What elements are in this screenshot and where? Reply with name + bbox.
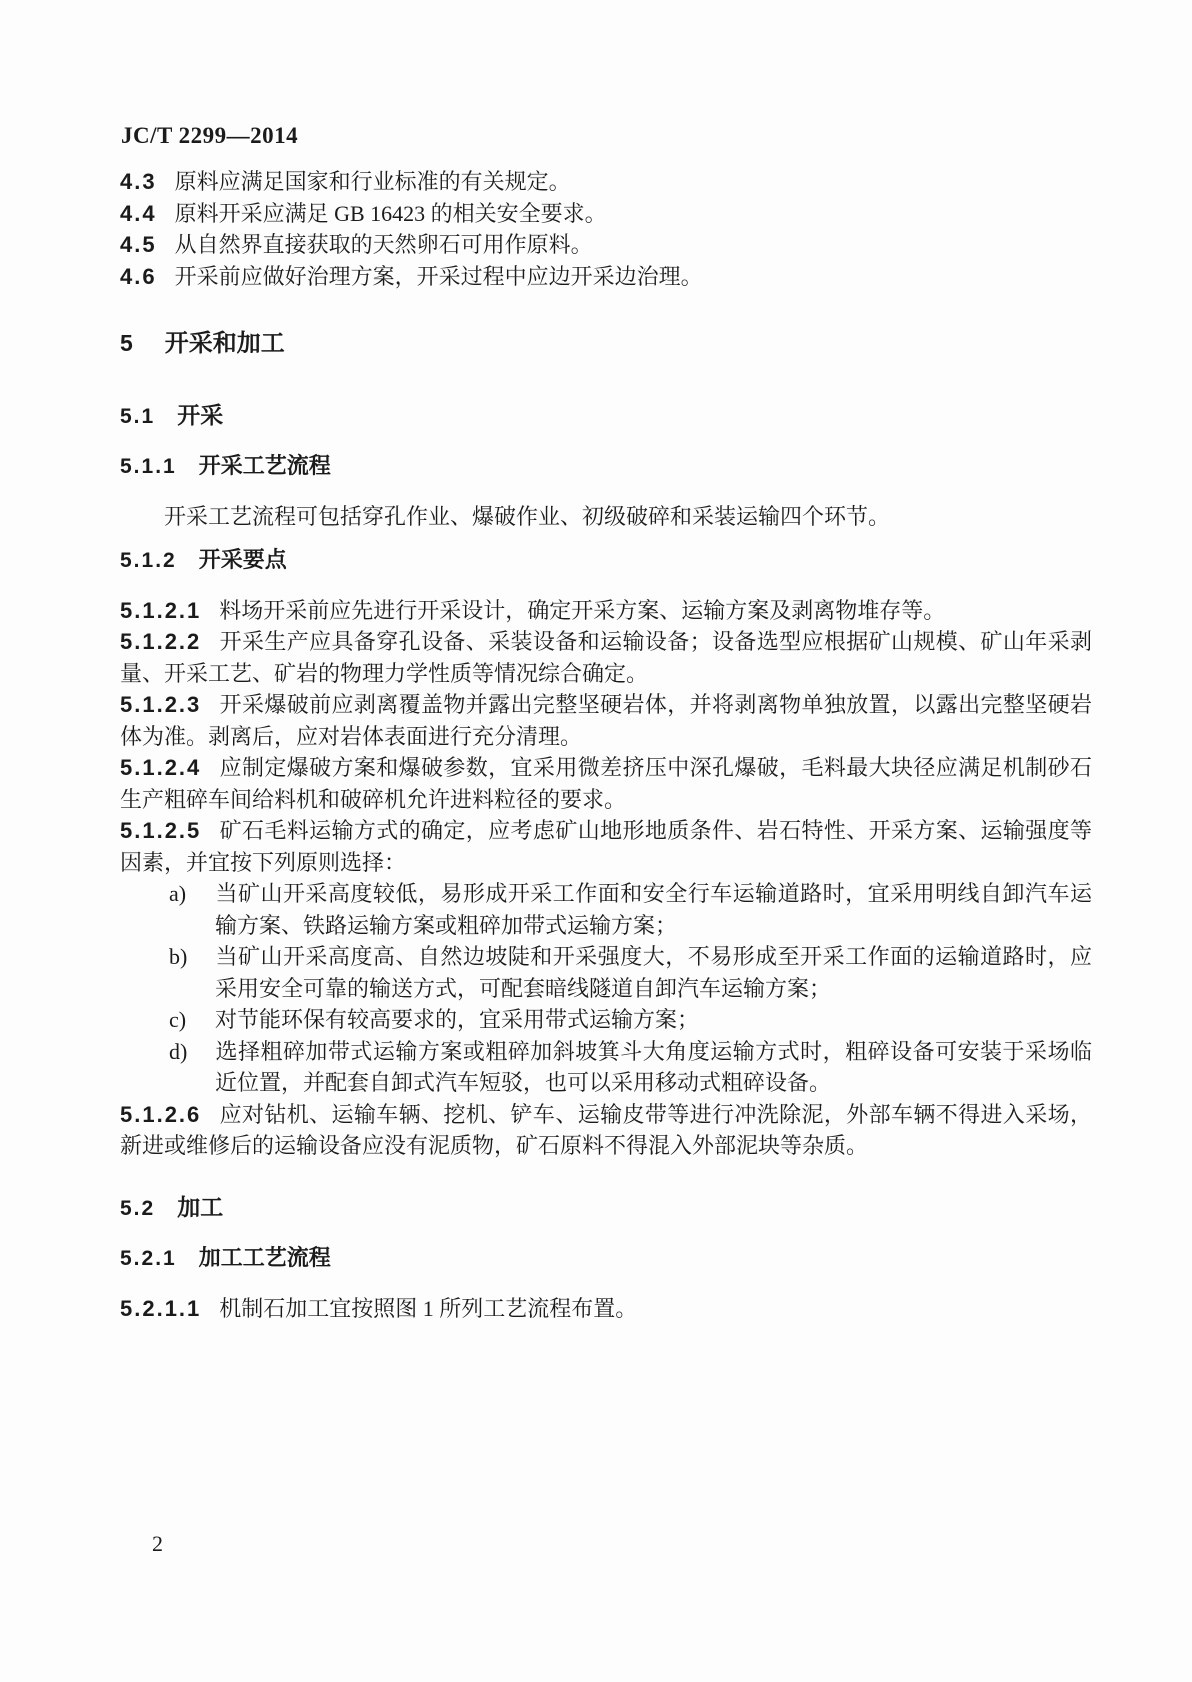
paragraph-7: 开采工艺流程可包括穿孔作业、爆破作业、初级破碎和采装运输四个环节。 xyxy=(120,501,1092,533)
clause-number: 4.6 xyxy=(120,264,157,289)
clause-5.1.2.3: 5.1.2.3开采爆破前应剥离覆盖物并露出完整坚硬岩体，并将剥离物单独放置，以露… xyxy=(120,689,1092,752)
list-item-c: c)对节能环保有较高要求的，宜采用带式运输方案； xyxy=(120,1004,1092,1036)
clause-number: 5.2.1 xyxy=(120,1247,177,1270)
list-marker: d) xyxy=(169,1036,215,1068)
clause-5.1.2.6: 5.1.2.6应对钻机、运输车辆、挖机、铲车、运输皮带等进行冲洗除泥，外部车辆不… xyxy=(120,1099,1092,1162)
text-run: 选择粗碎加带式运输方案或粗碎加斜坡箕斗大角度运输方式时，粗碎设备可安装于采场临近… xyxy=(215,1039,1092,1096)
clause-number: 5.1.2.2 xyxy=(120,629,201,654)
clause-5.1.2.1: 5.1.2.1料场开采前应先进行开采设计，确定开采方案、运输方案及剥离物堆存等。 xyxy=(120,595,1092,627)
text-run: 开采生产应具备穿孔设备、采装设备和运输设备；设备选型应根据矿山规模、矿山年采剥量… xyxy=(120,629,1092,686)
text-run: 料场开采前应先进行开采设计，确定开采方案、运输方案及剥离物堆存等。 xyxy=(219,598,945,623)
list-marker: a) xyxy=(169,878,215,910)
clause-number: 5.1.2.3 xyxy=(120,692,201,717)
text-run: 开采 xyxy=(177,402,223,428)
text-run: 加工 xyxy=(177,1194,223,1220)
list-item-b: b)当矿山开采高度高、自然边坡陡和开采强度大，不易形成至开采工作面的运输道路时，… xyxy=(120,941,1092,1004)
text-run: 原料应满足国家和行业标准的有关规定。 xyxy=(175,169,571,194)
clause-5.1.2.4: 5.1.2.4应制定爆破方案和爆破参数，宜采用微差挤压中深孔爆破，毛料最大块径应… xyxy=(120,752,1092,815)
clause-number: 4.4 xyxy=(120,201,157,226)
text-run: 应制定爆破方案和爆破参数，宜采用微差挤压中深孔爆破，毛料最大块径应满足机制砂石生… xyxy=(120,755,1092,812)
clause-5.2.1.1: 5.2.1.1机制石加工宜按照图 1 所列工艺流程布置。 xyxy=(120,1293,1092,1325)
clause-number: 5.1.1 xyxy=(120,455,177,478)
clause-number: 5.2.1.1 xyxy=(120,1296,201,1321)
doc-content: 4.3原料应满足国家和行业标准的有关规定。4.4原料开采应满足 GB 16423… xyxy=(120,166,1092,1324)
clause-5.1.2.2: 5.1.2.2开采生产应具备穿孔设备、采装设备和运输设备；设备选型应根据矿山规模… xyxy=(120,626,1092,689)
text-run: 开采爆破前应剥离覆盖物并露出完整坚硬岩体，并将剥离物单独放置，以露出完整坚硬岩体… xyxy=(120,692,1092,749)
text-run: 当矿山开采高度高、自然边坡陡和开采强度大，不易形成至开采工作面的运输道路时，应采… xyxy=(215,944,1092,1001)
text-run: 从自然界直接获取的天然卵石可用作原料。 xyxy=(175,232,593,257)
clause-number: 5.1.2.1 xyxy=(120,598,201,623)
text-run: 对节能环保有较高要求的，宜采用带式运输方案； xyxy=(215,1007,699,1032)
text-run: 加工工艺流程 xyxy=(199,1245,331,1270)
text-run: 开采和加工 xyxy=(165,330,285,357)
doc-code: JC/T 2299—2014 xyxy=(121,120,298,152)
heading-5.2: 5.2加工 xyxy=(120,1192,1092,1225)
list-marker: c) xyxy=(169,1004,215,1036)
text-run: 机制石加工宜按照图 1 所列工艺流程布置。 xyxy=(219,1296,637,1321)
list-marker: b) xyxy=(169,941,215,973)
heading-5.1.2: 5.1.2开采要点 xyxy=(120,544,1092,577)
heading-5.1: 5.1开采 xyxy=(120,400,1092,433)
clause-4.5: 4.5从自然界直接获取的天然卵石可用作原料。 xyxy=(120,229,1092,261)
text-run: 开采要点 xyxy=(199,547,287,572)
clause-number: 5.1.2.4 xyxy=(120,755,201,780)
text-run: 开采工艺流程可包括穿孔作业、爆破作业、初级破碎和采装运输四个环节。 xyxy=(164,504,890,529)
list-item-d: d)选择粗碎加带式运输方案或粗碎加斜坡箕斗大角度运输方式时，粗碎设备可安装于采场… xyxy=(120,1036,1092,1099)
clause-number: 5.1.2 xyxy=(120,549,177,572)
clause-5.1.2.5: 5.1.2.5矿石毛料运输方式的确定，应考虑矿山地形地质条件、岩石特性、开采方案… xyxy=(120,815,1092,878)
text-run: 原料开采应满足 GB 16423 的相关安全要求。 xyxy=(175,201,607,226)
clause-4.6: 4.6开采前应做好治理方案，开采过程中应边开采边治理。 xyxy=(120,261,1092,293)
clause-number: 5 xyxy=(120,330,135,356)
clause-number: 5.2 xyxy=(120,1197,155,1220)
heading-5: 5开采和加工 xyxy=(120,328,1092,360)
text-run: 开采前应做好治理方案，开采过程中应边开采边治理。 xyxy=(175,264,703,289)
clause-4.3: 4.3原料应满足国家和行业标准的有关规定。 xyxy=(120,166,1092,198)
clause-number: 5.1 xyxy=(120,405,155,428)
page-number: 2 xyxy=(152,1528,163,1560)
list-item-a: a)当矿山开采高度较低，易形成开采工作面和安全行车运输道路时，宜采用明线自卸汽车… xyxy=(120,878,1092,941)
text-run: 应对钻机、运输车辆、挖机、铲车、运输皮带等进行冲洗除泥，外部车辆不得进入采场，新… xyxy=(120,1102,1092,1159)
text-run: 矿石毛料运输方式的确定，应考虑矿山地形地质条件、岩石特性、开采方案、运输强度等因… xyxy=(120,818,1092,875)
clause-number: 4.5 xyxy=(120,232,157,257)
clause-4.4: 4.4原料开采应满足 GB 16423 的相关安全要求。 xyxy=(120,198,1092,230)
clause-number: 5.1.2.5 xyxy=(120,818,201,843)
heading-5.1.1: 5.1.1开采工艺流程 xyxy=(120,450,1092,483)
document-page: JC/T 2299—2014 4.3原料应满足国家和行业标准的有关规定。4.4原… xyxy=(0,0,1192,1682)
text-run: 开采工艺流程 xyxy=(199,453,331,478)
clause-number: 4.3 xyxy=(120,169,157,194)
clause-number: 5.1.2.6 xyxy=(120,1102,201,1127)
text-run: 当矿山开采高度较低，易形成开采工作面和安全行车运输道路时，宜采用明线自卸汽车运输… xyxy=(215,881,1092,938)
heading-5.2.1: 5.2.1加工工艺流程 xyxy=(120,1242,1092,1275)
